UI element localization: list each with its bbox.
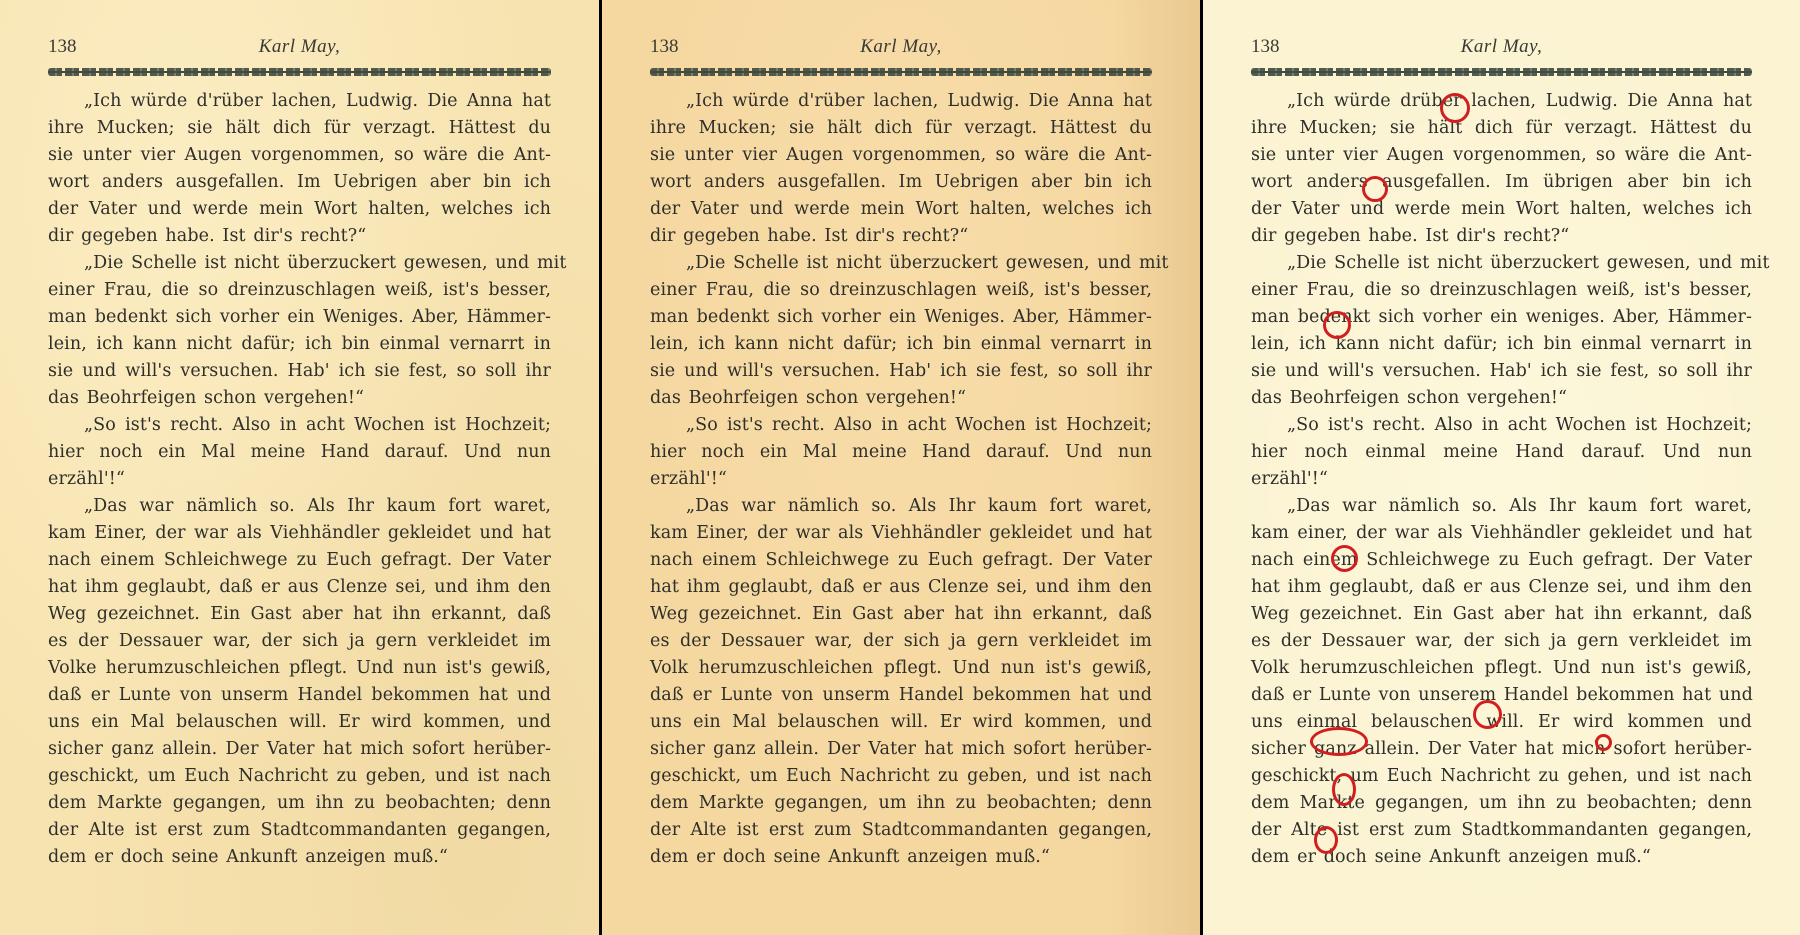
- text-line: daß er Lunte von unserem Handel bekommen…: [1251, 682, 1752, 709]
- text-line: wort anders ausgefallen. Im Uebrigen abe…: [48, 169, 551, 196]
- red-circle-annotation: [1332, 773, 1356, 806]
- text-line: kam Einer, der war als Viehhändler gekle…: [48, 520, 551, 547]
- text-line: „Ich würde drüber lachen, Ludwig. Die An…: [1251, 88, 1752, 115]
- text-line: kam einer, der war als Viehhändler gekle…: [1251, 520, 1752, 547]
- text-line: einer Frau, die so dreinzuschlagen weiß,…: [650, 277, 1152, 304]
- ornamental-rule: [48, 68, 551, 76]
- text-line: Weg gezeichnet. Ein Gast aber hat ihn er…: [1251, 601, 1752, 628]
- text-line: sie unter vier Augen vorgenommen, so wär…: [48, 142, 551, 169]
- text-line: dem er doch seine Ankunft anzeigen muß.“: [48, 844, 551, 871]
- text-line: sicher ganz allein. Der Vater hat mich s…: [650, 736, 1152, 763]
- text-line: „Die Schelle ist nicht überzuckert gewes…: [650, 250, 1152, 277]
- text-line: dem Markte gegangen, um ihn zu beobachte…: [650, 790, 1152, 817]
- text-line: wort anders ausgefallen. Im übrigen aber…: [1251, 169, 1752, 196]
- text-line: sie und will's versuchen. Hab' ich sie f…: [1251, 358, 1752, 385]
- red-circle-annotation: [1595, 734, 1612, 751]
- text-line: „So ist's recht. Also in acht Wochen ist…: [48, 412, 551, 439]
- text-line: lein, ich kann nicht dafür; ich bin einm…: [1251, 331, 1752, 358]
- red-circle-annotation: [1440, 93, 1470, 123]
- text-line: es der Dessauer war, der sich ja gern ve…: [1251, 628, 1752, 655]
- page-header: 138 Karl May,: [48, 36, 551, 60]
- red-circle-annotation: [1331, 545, 1358, 572]
- text-line: geschickt, um Euch Nachricht zu gehen, u…: [1251, 763, 1752, 790]
- page-panel-original: 138 Karl May, „Ich würde d'rüber lachen,…: [0, 0, 599, 935]
- red-circle-annotation: [1362, 176, 1388, 202]
- text-line: dem Markte gegangen, um ihn zu beobachte…: [1251, 790, 1752, 817]
- text-line: hat ihm geglaubt, daß er aus Clenze sei,…: [1251, 574, 1752, 601]
- text-line: daß er Lunte von unserm Handel bekommen …: [650, 682, 1152, 709]
- text-line: „Ich würde d'rüber lachen, Ludwig. Die A…: [48, 88, 551, 115]
- text-line: Weg gezeichnet. Ein Gast aber hat ihn er…: [650, 601, 1152, 628]
- running-title: Karl May,: [650, 36, 1152, 58]
- text-line: Weg gezeichnet. Ein Gast aber hat ihn er…: [48, 601, 551, 628]
- text-line: dir gegeben habe. Ist dir's recht?“: [48, 223, 551, 250]
- text-line: uns ein Mal belauschen will. Er wird kom…: [48, 709, 551, 736]
- page-panel-annotated: 138 Karl May, „Ich würde drüber lachen, …: [1203, 0, 1800, 935]
- text-line: hier noch ein Mal meine Hand darauf. Und…: [650, 439, 1152, 466]
- text-line: der Vater und werde mein Wort halten, we…: [1251, 196, 1752, 223]
- running-title: Karl May,: [1251, 36, 1752, 58]
- text-line: ihre Mucken; sie hält dich für verzagt. …: [650, 115, 1152, 142]
- text-line: der Alte ist erst zum Stadtcommandanten …: [48, 817, 551, 844]
- text-line: Volk herumzuschleichen pflegt. Und nun i…: [650, 655, 1152, 682]
- text-line: dem er doch seine Ankunft anzeigen muß.“: [650, 844, 1152, 871]
- text-line: dir gegeben habe. Ist dir's recht?“: [650, 223, 1152, 250]
- text-line: hat ihm geglaubt, daß er aus Clenze sei,…: [650, 574, 1152, 601]
- red-circle-annotation: [1310, 727, 1368, 756]
- text-line: „Das war nämlich so. Als Ihr kaum fort w…: [48, 493, 551, 520]
- text-line: sie unter vier Augen vorgenommen, so wär…: [650, 142, 1152, 169]
- text-line: ihre Mucken; sie hält dich für verzagt. …: [48, 115, 551, 142]
- red-circle-annotation: [1314, 826, 1338, 854]
- page-header: 138 Karl May,: [1251, 36, 1752, 60]
- text-line: hier noch ein Mal meine Hand darauf. Und…: [48, 439, 551, 466]
- red-circle-annotation: [1473, 700, 1502, 729]
- text-line: „Ich würde d'rüber lachen, Ludwig. Die A…: [650, 88, 1152, 115]
- text-line: hat ihm geglaubt, daß er aus Clenze sei,…: [48, 574, 551, 601]
- text-line: „So ist's recht. Also in acht Wochen ist…: [650, 412, 1152, 439]
- text-line: man bedenkt sich vorher ein Weniges. Abe…: [48, 304, 551, 331]
- text-line: dir gegeben habe. Ist dir's recht?“: [1251, 223, 1752, 250]
- text-line: wort anders ausgefallen. Im Uebrigen abe…: [650, 169, 1152, 196]
- running-title: Karl May,: [48, 36, 551, 58]
- text-line: Volke herumzuschleichen pflegt. Und nun …: [48, 655, 551, 682]
- text-line: uns ein Mal belauschen will. Er wird kom…: [650, 709, 1152, 736]
- text-line: geschickt, um Euch Nachricht zu geben, u…: [650, 763, 1152, 790]
- text-line: hier noch einmal meine Hand darauf. Und …: [1251, 439, 1752, 466]
- text-line: „So ist's recht. Also in acht Wochen ist…: [1251, 412, 1752, 439]
- text-line: kam Einer, der war als Viehhändler gekle…: [650, 520, 1152, 547]
- ornamental-rule: [650, 68, 1152, 76]
- text-line: der Vater und werde mein Wort halten, we…: [48, 196, 551, 223]
- page-body: „Ich würde d'rüber lachen, Ludwig. Die A…: [48, 88, 551, 871]
- text-line: der Vater und werde mein Wort halten, we…: [650, 196, 1152, 223]
- text-line: erzähl'!“: [48, 466, 551, 493]
- text-line: es der Dessauer war, der sich ja gern ve…: [650, 628, 1152, 655]
- page-header: 138 Karl May,: [650, 36, 1152, 60]
- text-line: es der Dessauer war, der sich ja gern ve…: [48, 628, 551, 655]
- text-line: der Alte ist erst zum Stadtcommandanten …: [650, 817, 1152, 844]
- text-line: man bedenkt sich vorher ein Weniges. Abe…: [650, 304, 1152, 331]
- text-line: „Das war nämlich so. Als Ihr kaum fort w…: [1251, 493, 1752, 520]
- text-line: einer Frau, die so dreinzuschlagen weiß,…: [48, 277, 551, 304]
- text-line: Volk herumzuschleichen pflegt. Und nun i…: [1251, 655, 1752, 682]
- text-line: „Die Schelle ist nicht überzuckert gewes…: [1251, 250, 1752, 277]
- text-line: das Beohrfeigen schon vergehen!“: [1251, 385, 1752, 412]
- red-circle-annotation: [1323, 311, 1351, 339]
- text-line: lein, ich kann nicht dafür; ich bin einm…: [48, 331, 551, 358]
- text-line: sicher ganz allein. Der Vater hat mich s…: [48, 736, 551, 763]
- text-line: nach einem Schleichwege zu Euch gefragt.…: [48, 547, 551, 574]
- text-line: sie und will's versuchen. Hab' ich sie f…: [48, 358, 551, 385]
- text-line: nach einem Schleichwege zu Euch gefragt.…: [650, 547, 1152, 574]
- text-line: „Die Schelle ist nicht überzuckert gewes…: [48, 250, 551, 277]
- text-line: das Beohrfeigen schon vergehen!“: [650, 385, 1152, 412]
- text-line: „Das war nämlich so. Als Ihr kaum fort w…: [650, 493, 1152, 520]
- text-line: ihre Mucken; sie hält dich für verzagt. …: [1251, 115, 1752, 142]
- text-line: sie unter vier Augen vorgenommen, so wär…: [1251, 142, 1752, 169]
- text-line: einer Frau, die so dreinzuschlagen weiß,…: [1251, 277, 1752, 304]
- text-line: lein, ich kann nicht dafür; ich bin einm…: [650, 331, 1152, 358]
- text-line: erzähl'!“: [1251, 466, 1752, 493]
- text-line: geschickt, um Euch Nachricht zu geben, u…: [48, 763, 551, 790]
- page-panel-restored: 138 Karl May, „Ich würde d'rüber lachen,…: [602, 0, 1200, 935]
- text-line: dem Markte gegangen, um ihn zu beobachte…: [48, 790, 551, 817]
- ornamental-rule: [1251, 68, 1752, 76]
- text-line: sie und will's versuchen. Hab' ich sie f…: [650, 358, 1152, 385]
- text-line: nach einem Schleichwege zu Euch gefragt.…: [1251, 547, 1752, 574]
- text-line: daß er Lunte von unserm Handel bekommen …: [48, 682, 551, 709]
- text-line: das Beohrfeigen schon vergehen!“: [48, 385, 551, 412]
- text-line: erzähl'!“: [650, 466, 1152, 493]
- page-body: „Ich würde d'rüber lachen, Ludwig. Die A…: [650, 88, 1152, 871]
